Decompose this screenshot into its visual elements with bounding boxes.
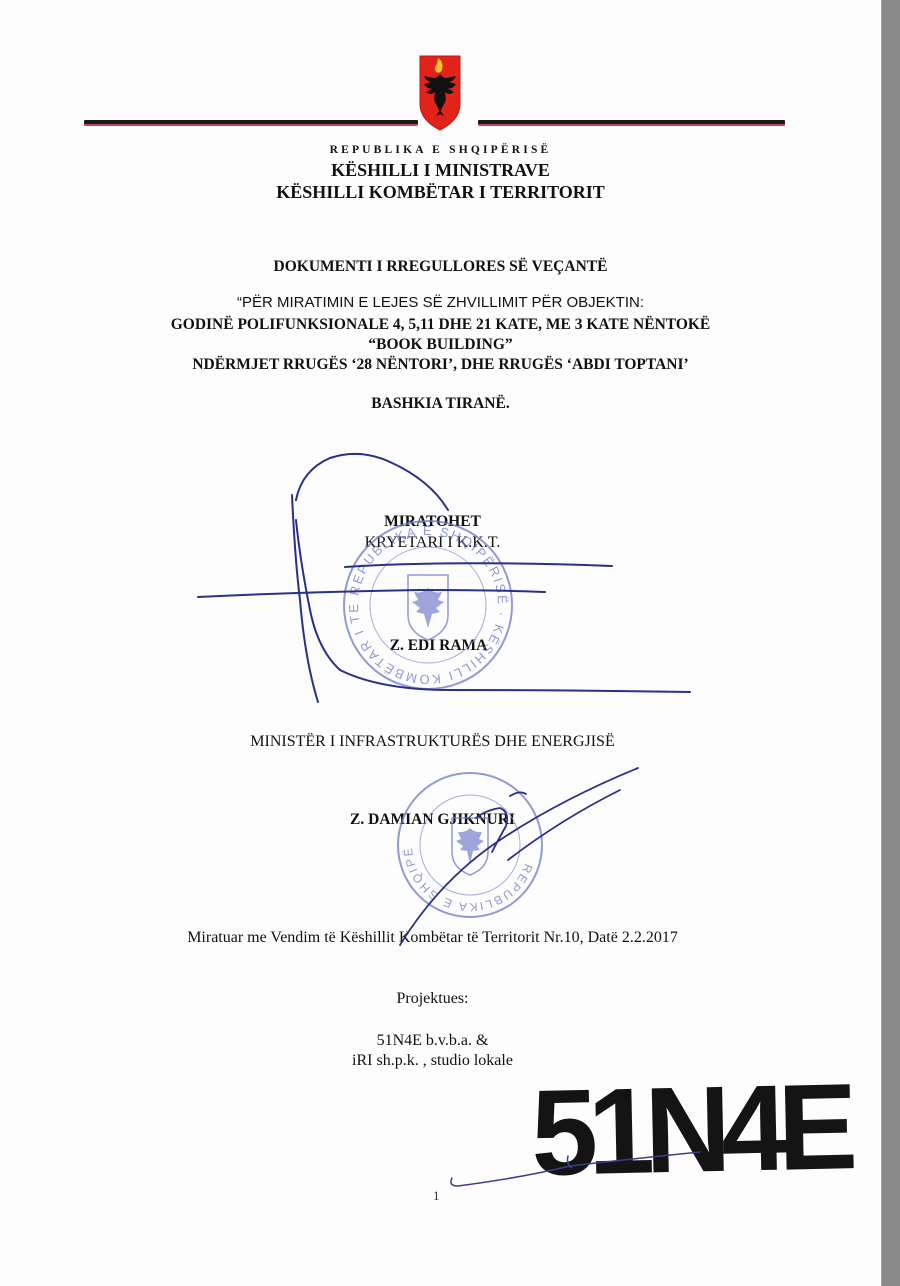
albanian-coat-of-arms-icon — [418, 52, 462, 132]
council-of-ministers: KËSHILLI I MINISTRAVE — [0, 160, 881, 181]
designer-logo-stamp: 51N4E — [530, 1065, 849, 1194]
national-territory-council: KËSHILLI KOMBËTAR I TERRITORIT — [0, 182, 881, 203]
building-name: “BOOK BUILDING” — [0, 336, 881, 354]
document-page: REPUBLIKA E SHQIPËRISË KËSHILLI I MINIST… — [0, 0, 881, 1286]
minister-signature — [400, 768, 638, 945]
document-title: DOKUMENTI I RREGULLORES SË VEÇANTË — [0, 258, 881, 276]
minister-role: MINISTËR I INFRASTRUKTURËS DHE ENERGJISË — [0, 733, 873, 751]
subject-intro: “PËR MIRATIMIN E LEJES SË ZHVILLIMIT PËR… — [0, 294, 881, 311]
decision-text: Miratuar me Vendim të Këshillit Kombëtar… — [0, 929, 873, 947]
building-description: GODINË POLIFUNKSIONALE 4, 5,11 DHE 21 KA… — [0, 316, 881, 334]
svg-text:REPUBLIKA E SHQIPËRISË · MINIS: REPUBLIKA E SHQIPËRISË · MINISTRIA E INF… — [0, 0, 536, 914]
minister-name: Z. DAMIAN GJIKNURI — [0, 811, 873, 829]
page-number: 1 — [433, 1188, 440, 1204]
municipality: BASHKIA TIRANË. — [0, 395, 881, 413]
page-edge-scrollbar — [881, 0, 900, 1286]
approval-status: MIRATOHET — [0, 513, 873, 531]
approval-role: KRYETARI I K.K.T. — [0, 534, 873, 552]
header-rule-left — [84, 120, 418, 124]
building-location: NDËRMJET RRUGËS ‘28 NËNTORI’, DHE RRUGËS… — [0, 356, 881, 374]
header-rule-right — [478, 120, 785, 124]
approver-signature — [198, 454, 690, 702]
approver-name: Z. EDI RAMA — [0, 637, 879, 655]
ministry-official-stamp: REPUBLIKA E SHQIPËRISË · MINISTRIA E INF… — [0, 0, 542, 917]
designers-label: Projektues: — [0, 990, 873, 1008]
designer-firm-1: 51N4E b.v.b.a. & — [0, 1032, 873, 1050]
country-name: REPUBLIKA E SHQIPËRISË — [0, 144, 881, 156]
